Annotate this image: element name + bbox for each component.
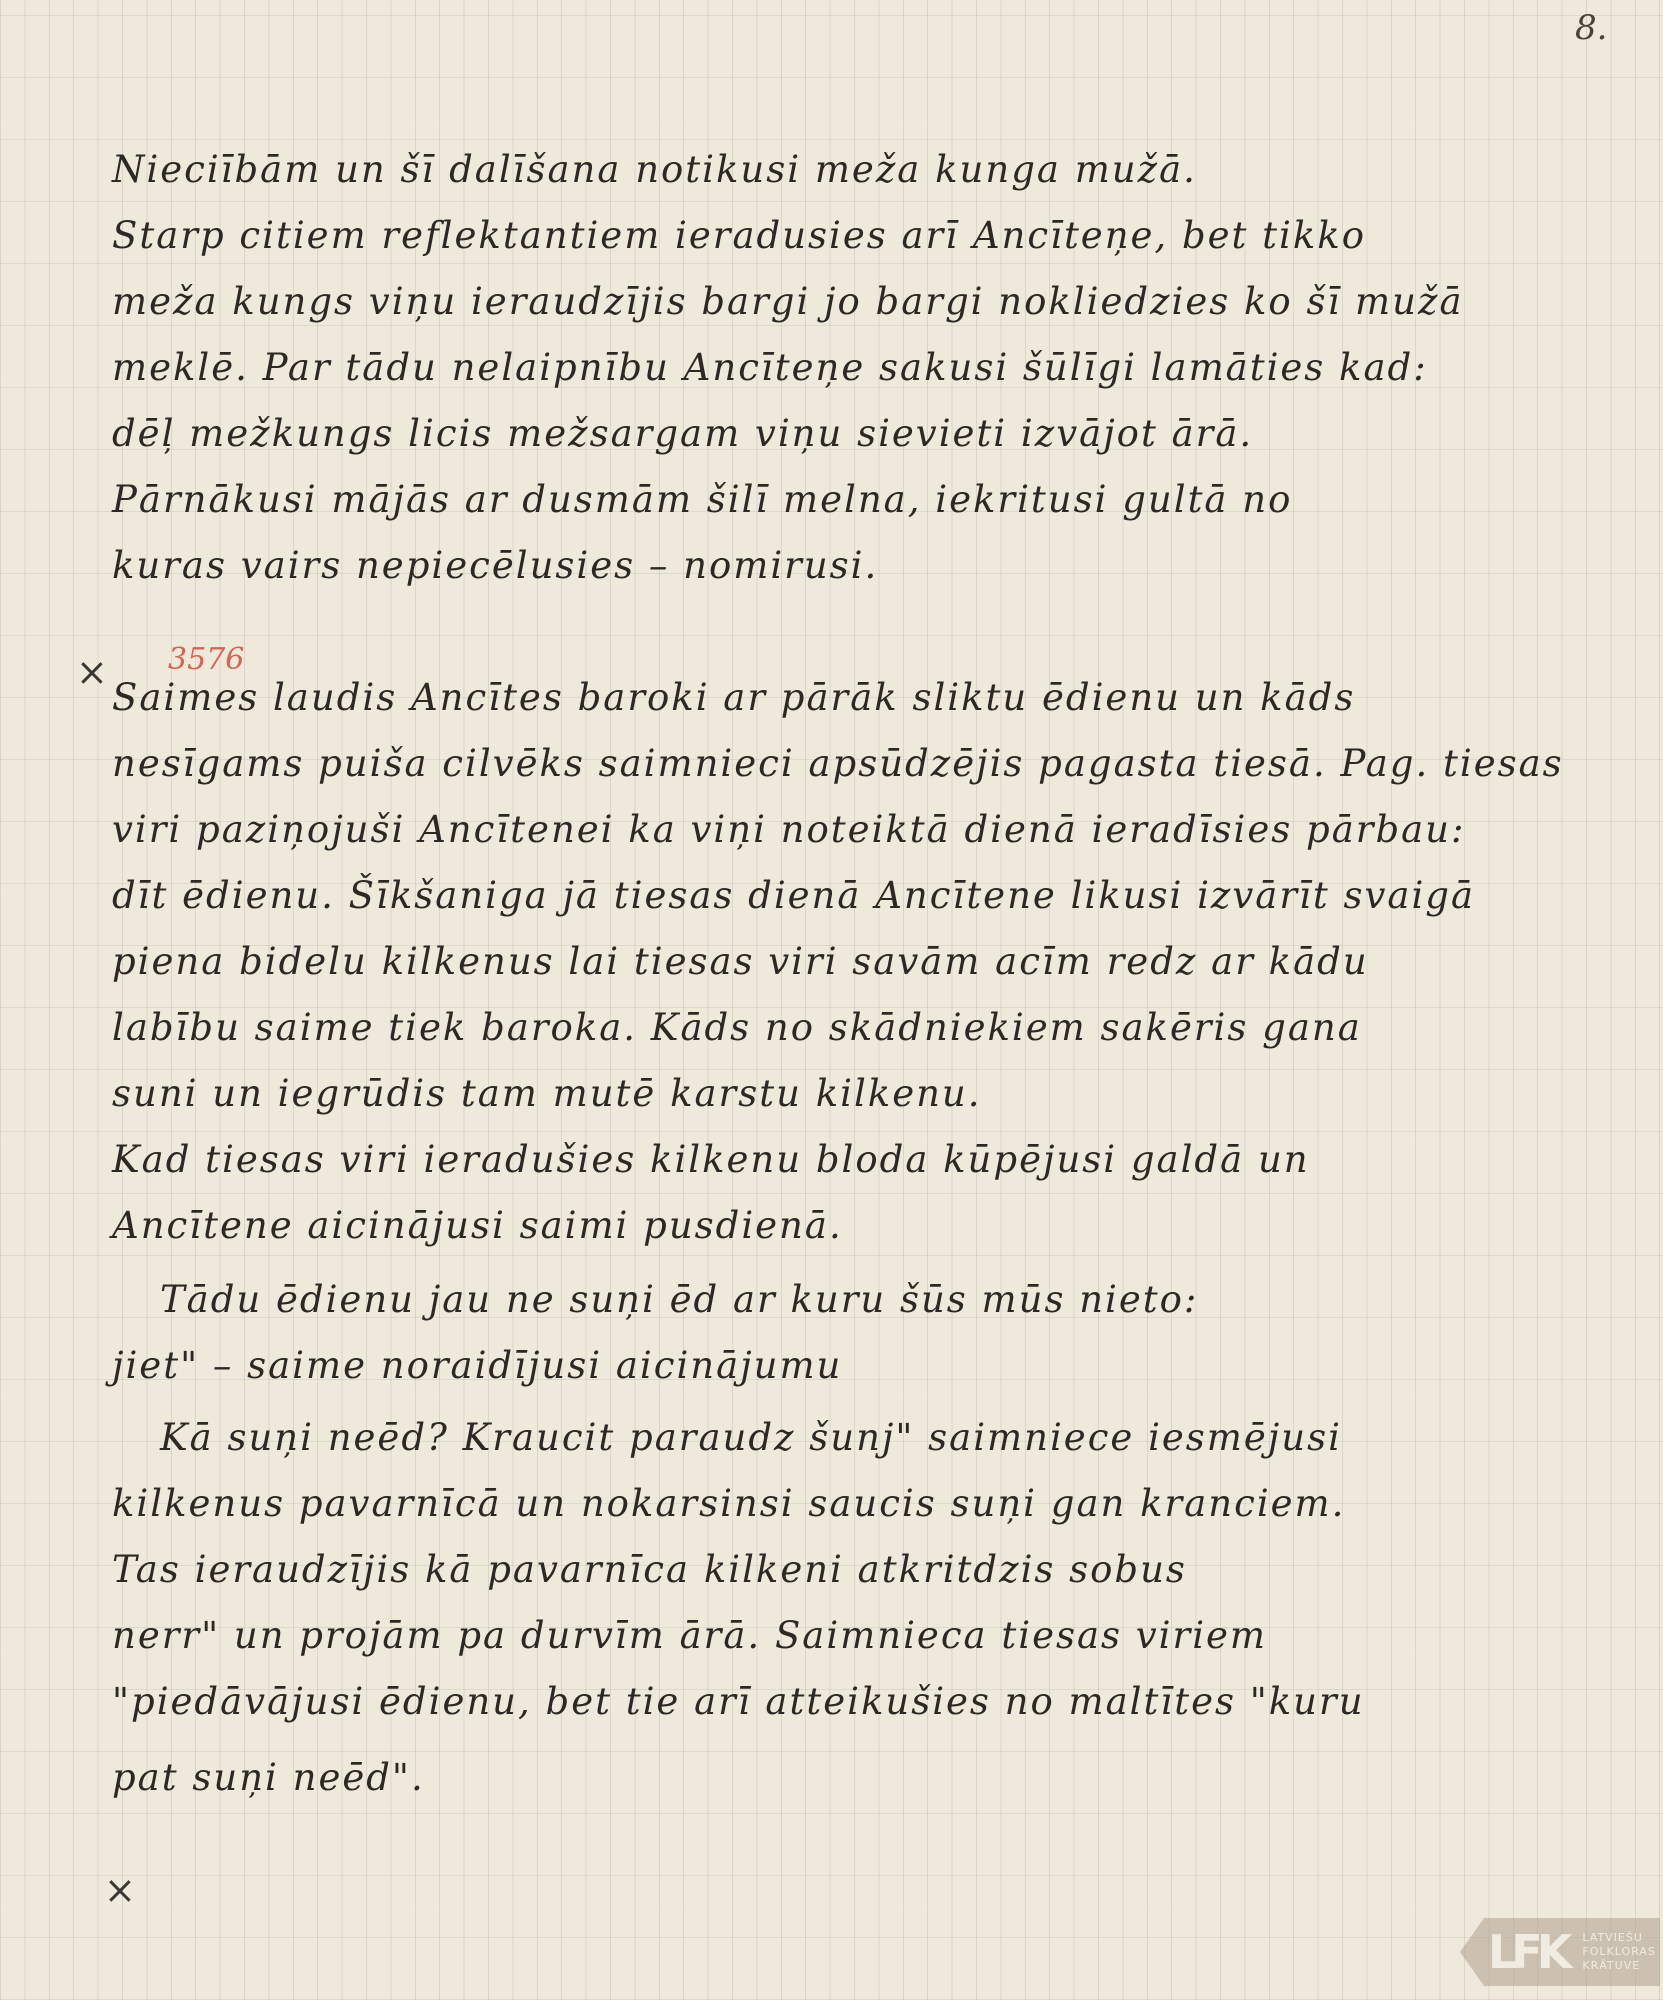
- text-line: nerr" un projām pa durvīm ārā. Saimnieca…: [112, 1614, 1267, 1657]
- text-line: meža kungs viņu ieraudzījis bargi jo bar…: [112, 280, 1464, 323]
- text-line: Saimes laudis Ancītes baroki ar pārāk sl…: [112, 676, 1355, 719]
- text-line: Pārnākusi mājās ar dusmām šilī melna, ie…: [112, 478, 1292, 521]
- text-line: suni un iegrūdis tam mutē karstu kilkenu…: [112, 1072, 982, 1115]
- logo-text: LATVIEŠU FOLKLORAS KRĀTUVE: [1582, 1931, 1655, 1973]
- text-line: labību saime tiek baroka. Kāds no skādni…: [112, 1006, 1362, 1049]
- text-line: viri paziņojuši Ancītenei ka viņi noteik…: [112, 808, 1465, 851]
- text-line: piena bidelu kilkenus lai tiesas viri sa…: [112, 940, 1369, 983]
- text-line: Nieciībām un šī dalīšana notikusi meža k…: [112, 148, 1197, 191]
- text-line: Ancītene aicinājusi saimi pusdienā.: [112, 1204, 843, 1247]
- cross-mark: ×: [104, 1868, 136, 1912]
- text-line: Tas ieraudzījis kā pavarnīca kilkeni atk…: [112, 1548, 1187, 1591]
- text-line: dēļ mežkungs licis mežsargam viņu sievie…: [112, 412, 1253, 455]
- text-line: "piedāvājusi ēdienu, bet tie arī atteiku…: [112, 1680, 1365, 1723]
- text-line: pat suņi neēd".: [112, 1756, 425, 1799]
- text-line: Tādu ēdienu jau ne suņi ēd ar kuru šūs m…: [160, 1278, 1198, 1321]
- page-number: 8.: [1575, 8, 1607, 48]
- text-line: Kad tiesas viri ieradušies kilkenu bloda…: [112, 1138, 1310, 1181]
- archive-watermark-logo: LFK LATVIEŠU FOLKLORAS KRĀTUVE: [1460, 1918, 1660, 1986]
- annotation-number: 3576: [168, 642, 244, 677]
- text-line: Kā suņi neēd? Kraucit paraudz šunj" saim…: [160, 1416, 1342, 1459]
- manuscript-page: 8. Nieciībām un šī dalīšana notikusi mež…: [0, 0, 1663, 2000]
- text-line: nesīgams puiša cilvēks saimnieci apsūdzē…: [112, 742, 1564, 785]
- cross-mark: ×: [76, 650, 108, 694]
- text-line: jiet" – saime noraidījusi aicinājumu: [112, 1344, 842, 1387]
- text-line: kilkenus pavarnīcā un nokarsinsi saucis …: [112, 1482, 1345, 1525]
- text-line: kuras vairs nepiecēlusies – nomirusi.: [112, 544, 878, 587]
- text-line: Starp citiem reflektantiem ieradusies ar…: [112, 214, 1366, 257]
- logo-monogram: LFK: [1488, 1925, 1566, 1979]
- text-line: dīt ēdienu. Šīkšaniga jā tiesas dienā An…: [112, 874, 1475, 917]
- text-line: meklē. Par tādu nelaipnību Ancīteņe saku…: [112, 346, 1428, 389]
